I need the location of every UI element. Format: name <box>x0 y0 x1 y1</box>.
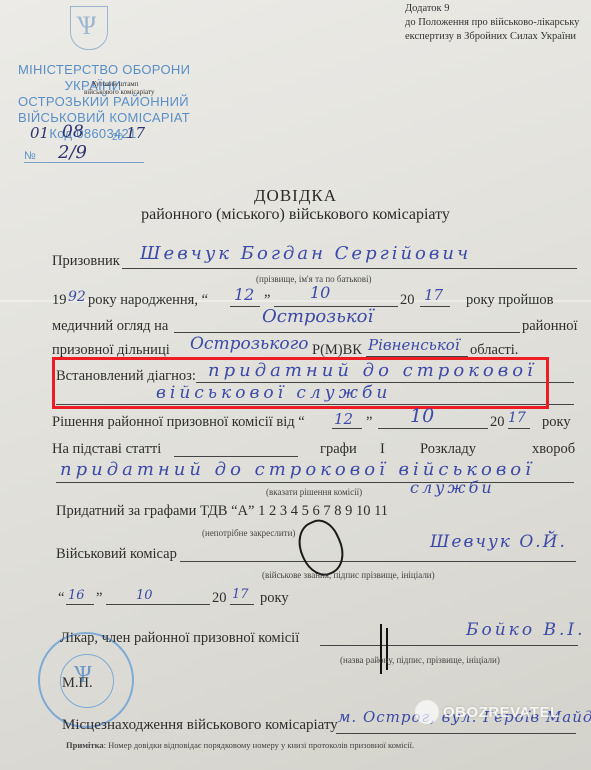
decision-day: 12 <box>334 410 353 428</box>
trident-emblem-icon: Ѱ <box>70 6 108 50</box>
medical-value: Острозької <box>262 306 373 327</box>
exam-year-prefix: 20 <box>400 292 415 309</box>
appendix-line: до Положення про військово-лікарську <box>405 16 585 30</box>
doctor-label: Лікар, член районної призовної комісії <box>60 630 299 647</box>
sign-month-line <box>106 604 210 605</box>
graph-label: графи <box>320 441 357 458</box>
decision-month: 10 <box>410 405 434 427</box>
tdv-label: Придатний за графами ТДВ “А” 1 2 3 4 5 6… <box>56 503 388 520</box>
commissar-label: Військовий комісар <box>56 546 177 563</box>
article-line <box>174 456 298 457</box>
sign-day-line <box>66 604 94 605</box>
stamp-line-rule <box>24 162 144 163</box>
stamp-overlay-text: військового комісаріату <box>84 88 154 96</box>
basis-label: На підставі статті <box>52 441 161 458</box>
commissar-line <box>180 561 576 562</box>
diagnosis-highlight-box <box>52 357 549 409</box>
obozrevatel-watermark: OBOZREVATEL <box>415 700 560 724</box>
conscript-line <box>122 268 577 269</box>
appendix-note: Додаток 9 до Положення про військово-лік… <box>405 2 585 44</box>
commissar-caption: (військове звання, підпис прізвище, ініц… <box>262 570 435 580</box>
stamp-number: 2/9 <box>58 142 87 163</box>
location-line <box>336 733 576 734</box>
appendix-line: Додаток 9 <box>405 2 585 16</box>
tdv-caption: (непотрібне закреслити) <box>202 528 295 538</box>
exam-month: 10 <box>310 283 330 302</box>
sign-year: 17 <box>232 587 249 602</box>
diseases-label: хвороб <box>532 441 575 458</box>
birth-year: 92 <box>68 289 86 305</box>
doctor-caption: (назва району, підпис, прізвище, ініціал… <box>340 655 500 665</box>
birth-year-prefix: 19 <box>52 292 67 309</box>
doctor-signature <box>380 624 382 674</box>
exam-day-line <box>230 306 260 307</box>
commission-caption: (вказати рішення комісії) <box>266 487 362 497</box>
doctor-value: Бойко В.І. <box>466 620 585 640</box>
footnote: Примітка: Номер довідки відповідає поряд… <box>66 740 414 750</box>
doctor-line <box>320 645 578 646</box>
location-label: Місцезнаходження військового комісаріату <box>62 717 338 734</box>
birth-label: року народження, “ <box>88 292 208 309</box>
commission-decision-value: придатний до строкової військової <box>60 459 535 480</box>
decision-suffix: року <box>542 414 571 431</box>
district-label: районної <box>522 318 578 335</box>
quote-close: ” <box>96 590 102 607</box>
medical-label: медичний огляд на <box>52 318 168 335</box>
exam-day: 12 <box>234 285 254 304</box>
appendix-line: експертизу в Збройних Силах України <box>405 30 585 44</box>
sign-month: 10 <box>136 588 153 603</box>
sign-year-prefix: 20 <box>212 590 227 607</box>
commission-decision-value-2: служби <box>410 478 495 497</box>
stamp-line: ОСТРОЗЬКИЙ РАЙОННИЙ <box>18 94 168 110</box>
quote-open: “ <box>58 590 64 607</box>
footnote-text: : Номер довідки відповідає порядковому н… <box>104 740 415 750</box>
sign-day: 16 <box>68 588 85 603</box>
commission-decision-line <box>56 482 574 483</box>
exam-suffix: року пройшов <box>466 292 554 309</box>
exam-year: 17 <box>424 286 443 304</box>
stamp-line: МІНІСТЕРСТВО ОБОРОНИ <box>18 62 168 78</box>
exam-year-line <box>420 306 450 307</box>
decision-year-line <box>508 428 530 429</box>
precinct-value: Острозького <box>190 334 308 354</box>
region-value: Рівненської <box>368 336 460 354</box>
stamp-date-year: 17 <box>126 124 145 142</box>
decision-year: 17 <box>508 410 526 426</box>
medical-line <box>174 332 520 333</box>
document-subtitle: районного (міського) військового комісар… <box>0 206 591 224</box>
decision-month-line <box>378 428 488 429</box>
globe-icon <box>415 700 439 724</box>
stamp-year-prefix: 20 <box>112 132 123 143</box>
stamp-overlay-text: Кутовий штамп <box>92 80 138 88</box>
document-title: ДОВІДКА <box>0 186 591 206</box>
conscript-label: Призовник <box>52 253 120 270</box>
seal-place-label: М.П. <box>62 675 93 692</box>
conscript-name: Шевчук Богдан Сергійович <box>140 243 471 264</box>
footnote-label: Примітка <box>66 740 104 750</box>
stamp-number-label: № <box>24 150 36 162</box>
commissar-value: Шевчук О.Й. <box>430 532 567 552</box>
decision-day-line <box>332 428 362 429</box>
graph-value: I <box>380 441 385 458</box>
watermark-text: OBOZREVATEL <box>443 704 560 721</box>
stamp-date-month: 08 <box>62 122 84 142</box>
decision-label: Рішення районної призовної комісії від “ <box>52 414 305 431</box>
sign-year-line <box>230 604 254 605</box>
stamp-date-day: 01 <box>30 124 49 142</box>
quote-close: ” <box>366 414 372 431</box>
schedule-label: Розкладу <box>420 441 476 458</box>
decision-year-prefix: 20 <box>490 414 505 431</box>
sign-suffix: року <box>260 590 289 607</box>
